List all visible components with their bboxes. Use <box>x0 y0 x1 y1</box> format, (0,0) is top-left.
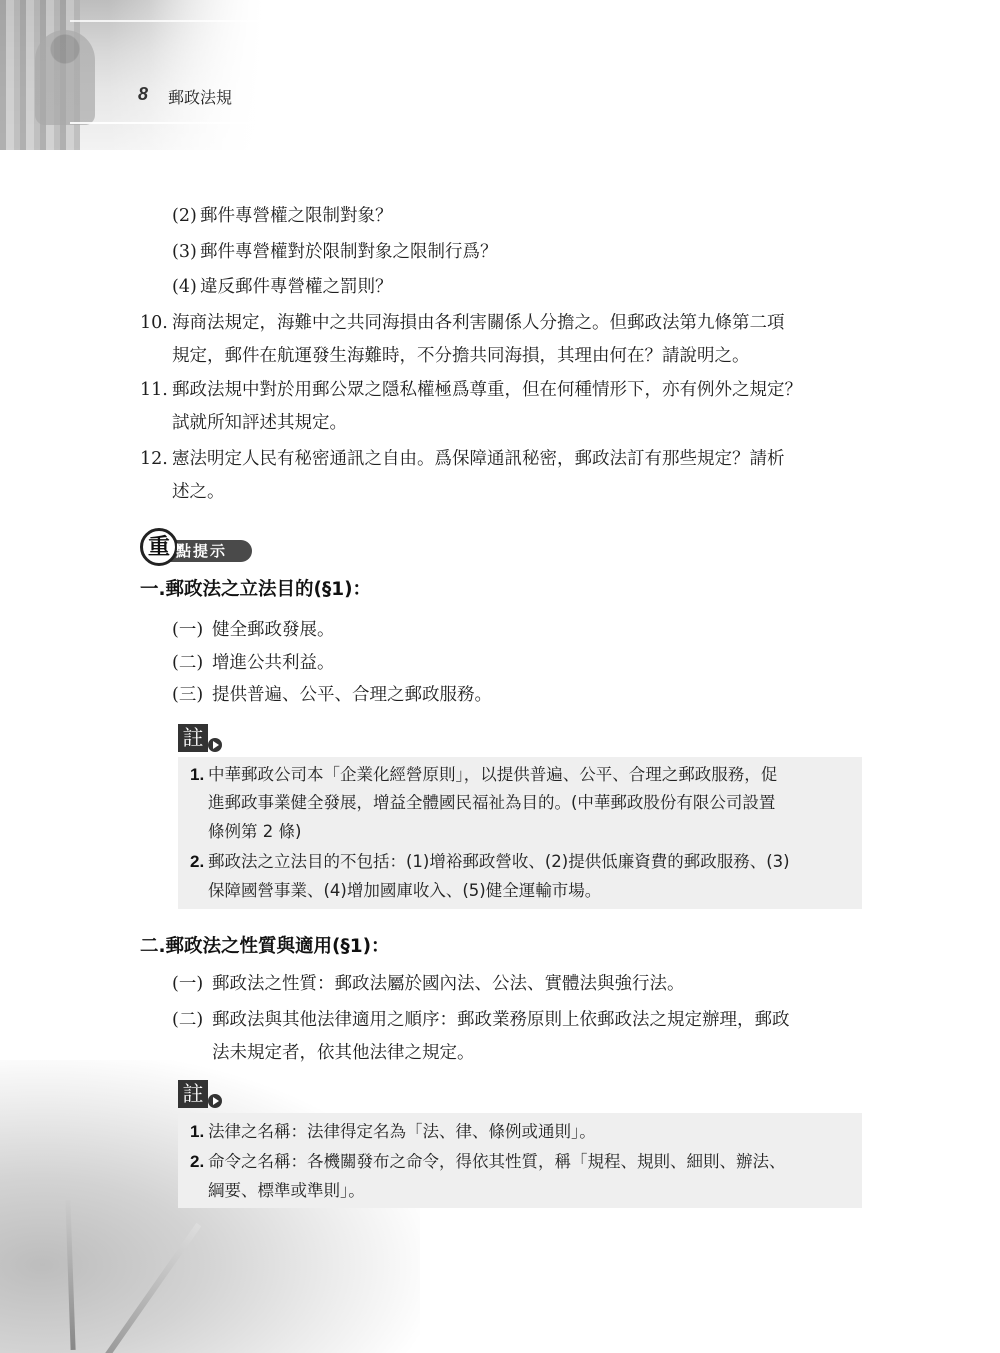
question-text-line: 規定，郵件在航運發生海難時，不分擔共同海損，其理由何在？請說明之。 <box>172 345 750 367</box>
note-number: 2. <box>190 1151 204 1173</box>
key-points-badge: 重 點提示 <box>140 528 255 566</box>
item-text: 健全郵政發展。 <box>212 619 335 641</box>
item-label: (二) <box>172 652 203 674</box>
note-text-line: 條例第 2 條) <box>208 821 301 843</box>
item-label: (一) <box>172 619 203 641</box>
item-text: 郵政法與其他法律適用之順序：郵政業務原則上依郵政法之規定辦理，郵政 <box>212 1009 790 1031</box>
header-banner-image <box>0 0 270 150</box>
note-number: 2. <box>190 851 204 873</box>
note-text-line: 保障國營事業、(4)增加國庫收入、(5)健全運輸市場。 <box>208 880 601 902</box>
play-arrow-icon <box>208 1094 222 1108</box>
question-number: 11. <box>140 379 168 401</box>
section-heading: 二.郵政法之性質與適用(§1)： <box>140 935 390 959</box>
sub-item-text: 郵件專營權對於限制對象之限制行爲？ <box>200 241 498 263</box>
note-tag: 註 <box>178 1080 228 1110</box>
item-label: (一) <box>172 973 203 995</box>
banner-fade <box>0 0 270 150</box>
note-text-line: 命令之名稱：各機關發布之命令，得依其性質，稱「規程、規則、細則、辦法、 <box>208 1151 786 1173</box>
note-text-line: 綱要、標準或準則」。 <box>208 1180 365 1202</box>
sub-item-text: 郵件專營權之限制對象？ <box>200 205 393 227</box>
note-label: 註 <box>178 724 208 752</box>
question-number: 10. <box>140 312 168 334</box>
note-number: 1. <box>190 764 204 786</box>
question-text-line: 郵政法規中對於用郵公眾之隱私權極爲尊重，但在何種情形下，亦有例外之規定？ <box>172 379 802 401</box>
note-text-line: 法律之名稱：法律得定名為「法、律、條例或通則」。 <box>208 1121 596 1143</box>
section-heading: 一.郵政法之立法目的(§1)： <box>140 578 371 602</box>
question-text-line: 述之。 <box>172 481 225 503</box>
note-label: 註 <box>178 1080 208 1108</box>
note-text-line: 郵政法之立法目的不包括：(1)增裕郵政營收、(2)提供低廉資費的郵政服務、(3) <box>208 851 790 873</box>
item-text: 提供普遍、公平、合理之郵政服務。 <box>212 684 492 706</box>
sub-item-text: 違反郵件專營權之罰則？ <box>200 276 393 298</box>
clock-hand-decoration <box>65 1200 75 1350</box>
question-text-line: 海商法規定，海難中之共同海損由各利害關係人分擔之。但郵政法第九條第二項 <box>172 312 785 334</box>
note-text-line: 中華郵政公司本「企業化經營原則」，以提供普遍、公平、合理之郵政服務，促 <box>208 764 777 786</box>
play-arrow-icon <box>208 738 222 752</box>
chapter-title: 郵政法規 <box>168 85 232 108</box>
badge-label: 點提示 <box>176 540 227 562</box>
item-text: 增進公共利益。 <box>212 652 335 674</box>
note-tag: 註 <box>178 724 228 754</box>
sub-item-label: (3) <box>172 241 197 263</box>
sub-item-label: (2) <box>172 205 197 227</box>
page-number: 8 <box>138 84 148 105</box>
sub-item-label: (4) <box>172 276 197 298</box>
note-number: 1. <box>190 1121 204 1143</box>
item-label: (二) <box>172 1009 203 1031</box>
item-label: (三) <box>172 684 203 706</box>
item-text: 郵政法之性質：郵政法屬於國內法、公法、實體法與強行法。 <box>212 973 685 995</box>
question-text-line: 試就所知評述其規定。 <box>172 412 347 434</box>
item-text: 法未規定者，依其他法律之規定。 <box>212 1042 475 1064</box>
clock-hand-decoration <box>105 1223 202 1353</box>
question-number: 12. <box>140 448 168 470</box>
question-text-line: 憲法明定人民有秘密通訊之自由。爲保障通訊秘密，郵政法訂有那些規定？請析 <box>172 448 785 470</box>
badge-circle-icon: 重 <box>140 528 178 566</box>
note-text-line: 進郵政事業健全發展，增益全體國民福祉為目的。(中華郵政股份有限公司設置 <box>208 792 775 814</box>
